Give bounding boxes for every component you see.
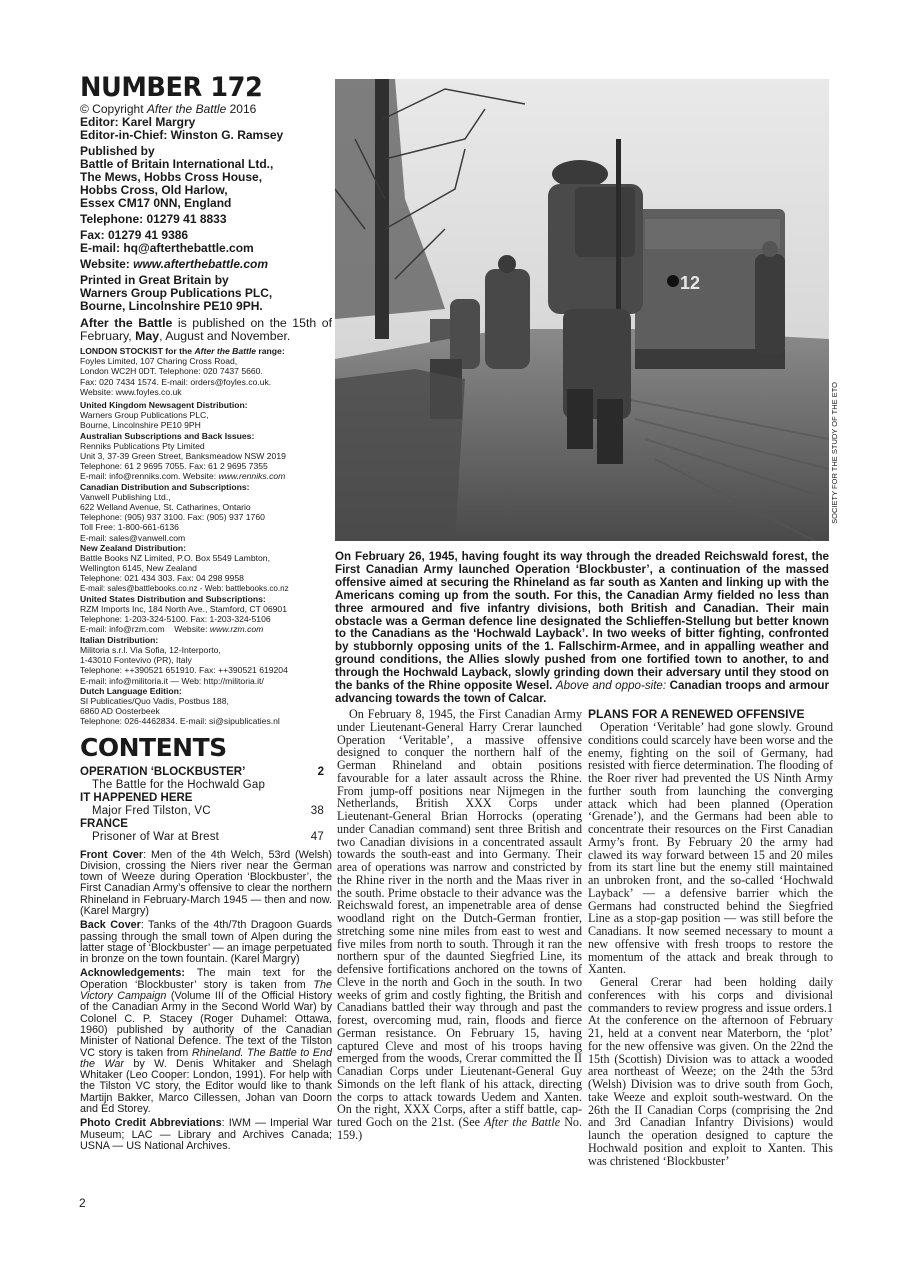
- renniks-website-link[interactable]: www.renniks.com: [218, 471, 285, 481]
- page-number: 2: [79, 1196, 86, 1210]
- london-stockist: LONDON STOCKIST for the After the Battle…: [80, 346, 332, 397]
- toc-section[interactable]: OPERATION ‘BLOCKBUSTER’2: [80, 766, 332, 779]
- website: Website: www.afterthebattle.com: [80, 258, 332, 271]
- acknowledgements: Acknowledgements: The main text for the …: [80, 968, 332, 1115]
- rzm-website-link[interactable]: www.rzm.com: [210, 624, 263, 634]
- issue-notes: Front Cover: Men of the 4th Welch, 53rd …: [80, 850, 332, 1153]
- contents-title: CONTENTS: [80, 735, 332, 760]
- photo-troops-advancing: 12: [335, 79, 829, 541]
- issue-title: NUMBER 172: [80, 74, 319, 101]
- website-link[interactable]: www.afterthebattle.com: [133, 257, 268, 271]
- masthead-column: NUMBER 172 © Copyright After the Battle …: [80, 74, 332, 1155]
- email-link[interactable]: E-mail: hq@afterthebattle.com: [80, 242, 332, 255]
- toc-section[interactable]: FRANCE: [80, 818, 332, 831]
- article-paragraph: Operation ‘Veritable’ had gone slowly. G…: [588, 721, 833, 976]
- back-cover-note: Back Cover: Tanks of the 4th/7th Dragoon…: [80, 920, 332, 965]
- front-cover-note: Front Cover: Men of the 4th Welch, 53rd …: [80, 850, 332, 918]
- vehicle-marking: 12: [680, 273, 700, 293]
- article-column-1: On February 8, 1945, the First Canadian …: [337, 708, 582, 1142]
- article-column-2: PLANS FOR A RENEWED OFFENSIVE Operation …: [588, 708, 833, 1167]
- photo-credit-abbreviations: Photo Credit Abbreviations: IWM — Imperi…: [80, 1118, 332, 1152]
- publication-schedule: After the Battle is published on the 15t…: [80, 317, 332, 343]
- printer: Printed in Great Britain by Warners Grou…: [80, 274, 332, 313]
- article-paragraph: General Crerar had been holding daily co…: [588, 976, 833, 1167]
- editor-in-chief: Editor-in-Chief: Winston G. Ramsey: [80, 129, 332, 142]
- distribution-info: LONDON STOCKIST for the After the Battle…: [80, 346, 332, 727]
- toc-subtitle[interactable]: The Battle for the Hochwald Gap: [80, 779, 332, 792]
- telephone: Telephone: 01279 41 8833: [80, 213, 332, 226]
- photo-image: 12: [335, 79, 829, 541]
- toc-subtitle[interactable]: Prisoner of War at Brest47: [80, 831, 332, 844]
- toc-section[interactable]: IT HAPPENED HERE: [80, 792, 332, 805]
- table-of-contents: OPERATION ‘BLOCKBUSTER’2 The Battle for …: [80, 766, 332, 844]
- article-paragraph: On February 8, 1945, the First Canadian …: [337, 708, 582, 1142]
- toc-subtitle[interactable]: Major Fred Tilston, VC38: [80, 805, 332, 818]
- photo-credit: SOCIETY FOR THE STUDY OF THE ETO: [830, 382, 845, 542]
- photo-caption: On February 26, 1945, having fought its …: [335, 551, 829, 706]
- uk-distribution: United Kingdom Newsagent Distribution: W…: [80, 400, 332, 727]
- publisher-address: Published by Battle of Britain Internati…: [80, 145, 332, 210]
